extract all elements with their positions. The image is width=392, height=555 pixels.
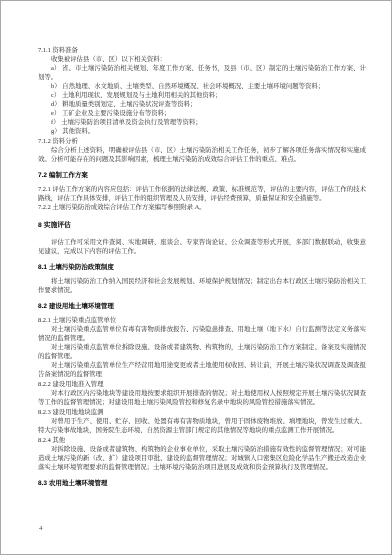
clause-heading-8-2-3: 8.2.3 建设用地地块监测	[38, 408, 366, 417]
doc-paragraph: 对土壤污染重点监管单位生产经营用地用途变更或者土地使用权收回、转让前，开展土壤污…	[38, 361, 366, 379]
section-heading-7-2: 7.2 编制工作方案	[38, 171, 366, 180]
document-body: 7.1.1 资料准备 收集被评估县（市、区）以下相关资料： a） 省、市土壤污染…	[38, 45, 366, 493]
list-item-d: d） 耕地质量类别划定、土壤污染状况评查等资料；	[38, 100, 366, 109]
doc-paragraph: 对本行政区内污染地块等建设用地按要求组织开展排查的情况；对土地使用权人按照规定开…	[38, 389, 366, 407]
chapter-heading-8: 8 实施评估	[38, 221, 366, 230]
clause-paragraph-7-2-1: 7.2.1 评估工作方案的内容应包括：评估工作依据的法律法规、政策、标准规范等，…	[38, 185, 366, 203]
section-heading-8-3: 8.3 农用地土壤环境管理	[38, 479, 366, 488]
clause-heading-7-1-2: 7.1.2 资料分析	[38, 137, 366, 146]
clause-heading-8-2-4: 8.2.4 其他	[38, 436, 366, 445]
section-heading-8-2: 8.2 建设用地土壤环境管理	[38, 302, 366, 311]
clause-heading-8-2-2: 8.2.2 建设用地准入管理	[38, 380, 366, 389]
list-item-c: c） 土地利用现状、发展规划及与土地利用相关的其他资料；	[38, 91, 366, 100]
list-item-f: f） 土壤污染防治项目清单及资金执行及管理等资料；	[38, 118, 366, 127]
clause-heading-7-1-1: 7.1.1 资料准备	[38, 46, 366, 55]
clause-heading-8-2-1: 8.2.1 土壤污染重点监管单位	[38, 316, 366, 325]
page-number: 4	[39, 525, 42, 532]
doc-paragraph: 将土壤污染防治工作纳入国民经济和社会发展规划、环境保护规划情况；制定出台本行政区…	[38, 277, 366, 295]
list-item-g: g） 其他资料。	[38, 127, 366, 136]
doc-paragraph: 综合分析上述资料，明确被评估县（市、区）土壤污染防治相关工作任务，初步了解各项任…	[38, 146, 366, 164]
section-heading-8-1: 8.1 土壤污染防治政策制度	[38, 263, 366, 272]
list-item-b: b） 自然地理、水文地质、土壤类型、自然环境概况、社会环境概况、主要土壤环境问题…	[38, 82, 366, 91]
doc-paragraph: 对土壤污染重点监管单位有毒有害物质排放报告、污染隐患排查、用地土壤（地下水）自行…	[38, 325, 366, 343]
clause-paragraph-7-2-2: 7.2.2 土壤污染防治成效综合评估工作方案编写参照附录 A。	[38, 203, 366, 212]
doc-paragraph: 对土壤污染重点监管单位拆除设施、设备或者建筑物、构筑物的，土壤污染防治工作方案制…	[38, 343, 366, 361]
doc-paragraph: 对曾用于生产、使用、贮存、回收、处置有毒有害物质地块，曾用于固体废物堆放、填埋地…	[38, 417, 366, 435]
list-item-a: a） 省、市土壤污染防治相关规划、年度工作方案、任务书，及县（市、区）制定的土壤…	[38, 64, 366, 82]
doc-paragraph: 对拆除设施、设备或者建筑物、构筑物的企业事业单位，采取土壤污染防治措施有效性的监…	[38, 445, 366, 472]
document-page: 7.1.1 资料准备 收集被评估县（市、区）以下相关资料： a） 省、市土壤污染…	[0, 0, 392, 555]
list-item-e: e） 工矿企业及主要污染设施分布等资料；	[38, 109, 366, 118]
doc-paragraph: 收集被评估县（市、区）以下相关资料：	[38, 55, 366, 64]
doc-paragraph: 评估工作可采用文件查阅、实地调研、座谈会、专家咨询论证、公众调查等形式开展，多部…	[38, 238, 366, 256]
